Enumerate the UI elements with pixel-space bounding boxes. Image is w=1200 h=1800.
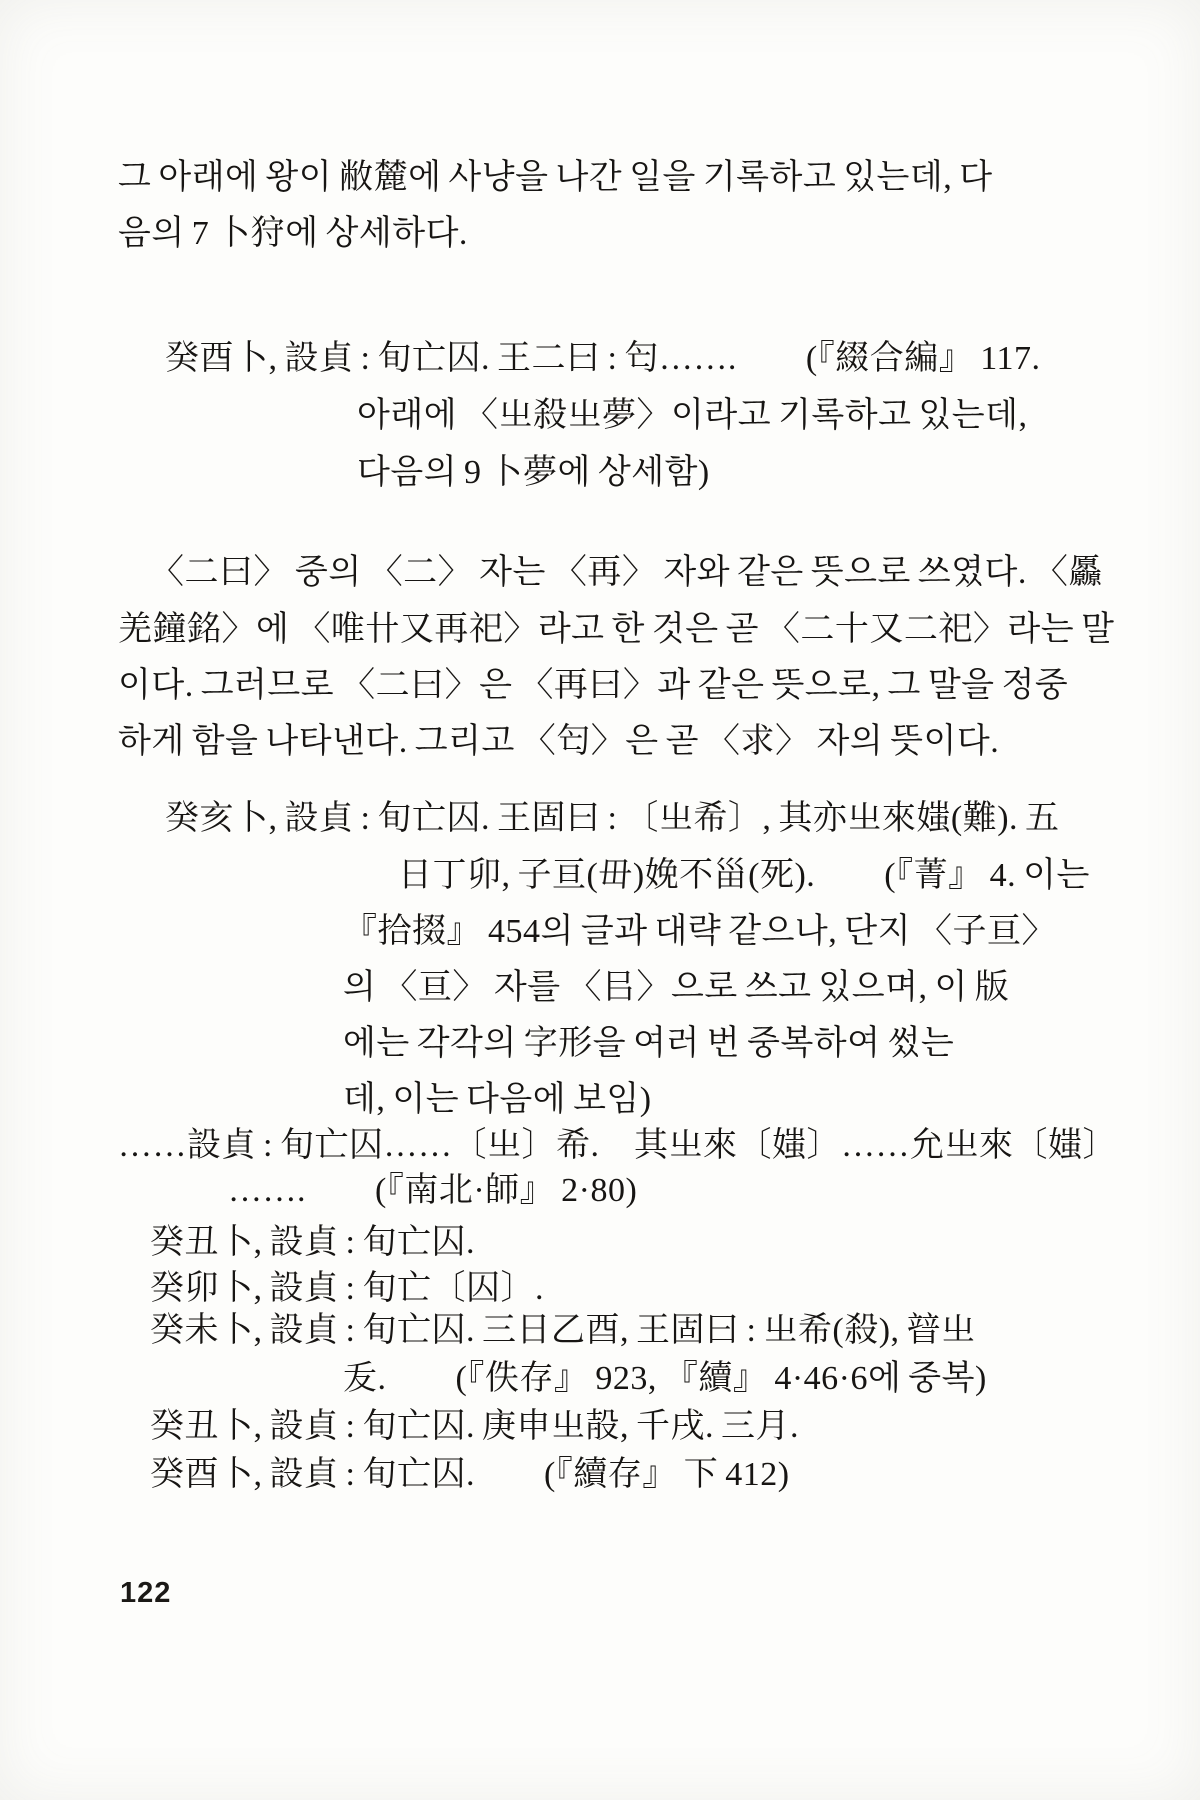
quote-gyehae-line-3: 『拾掇』 454의 글과 대략 같으나, 단지 〈子亘〉 <box>343 912 1056 953</box>
quote-gyehae-line-2: 日丁卯, 子亘(毌)娩不甾(死). (『菁』 4. 이는 <box>398 856 1090 897</box>
quote-gyehae-line-4: 의 〈亘〉 자를 〈㠯〉으로 쓰고 있으며, 이 版 <box>343 968 1009 1009</box>
intro-line-2: 음의 7 卜狩에 상세하다. <box>118 214 468 255</box>
quote-gyeyu-line-2: 아래에 〈㞢殺㞢夢〉이라고 기록하고 있는데, <box>357 396 1027 437</box>
quote-gyeyu-line-3: 다음의 9 卜夢에 상세함) <box>357 453 710 494</box>
fragment-line-5: 癸未卜, 設貞 : 旬亡囚. 三日乙酉, 王固曰 : 㞢希(殺), 暜㞢 <box>150 1311 976 1352</box>
quote-gyehae-line-6: 데, 이는 다음에 보임) <box>343 1080 652 1121</box>
fragment-line-4: 癸卯卜, 設貞 : 旬亡〔囚〕. <box>150 1269 544 1310</box>
quote-gyehae-line-5: 에는 각각의 字形을 여러 번 중복하여 썼는 <box>343 1024 954 1065</box>
fragment-line-3: 癸丑卜, 設貞 : 旬亡囚. <box>150 1223 475 1264</box>
book-page: 그 아래에 왕이 敝麓에 사냥을 나간 일을 기록하고 있는데, 다 음의 7 … <box>0 0 1200 1800</box>
fragment-line-6: 叐. (『佚存』 923, 『續』 4·46·6에 중복) <box>343 1359 987 1400</box>
fragment-line-2: ……. (『南北·師』 2·80) <box>228 1171 637 1212</box>
fragment-line-8: 癸酉卜, 設貞 : 旬亡囚. (『續存』 下 412) <box>150 1455 790 1496</box>
fragment-line-1: ……設貞 : 旬亡囚……〔㞢〕希. 其㞢來〔媸〕……允㞢來〔媸〕 <box>118 1126 1117 1167</box>
quote-gyehae-line-1: 癸亥卜, 設貞 : 旬亡囚. 王固曰 : 〔㞢希〕, 其亦㞢來媸(難). 五 <box>165 799 1060 840</box>
commentary-line-2: 羌鐘銘〉에 〈唯卄又再祀〉라고 한 것은 곧 〈二十又二祀〉라는 말 <box>118 610 1114 651</box>
commentary-line-1: 〈二曰〉 중의 〈二〉 자는 〈再〉 자와 같은 뜻으로 쓰였다. 〈厵 <box>150 553 1103 594</box>
page-number: 122 <box>120 1577 171 1610</box>
intro-line-1: 그 아래에 왕이 敝麓에 사냥을 나간 일을 기록하고 있는데, 다 <box>118 158 993 199</box>
commentary-line-4: 하게 함을 나타낸다. 그리고 〈匄〉은 곧 〈求〉 자의 뜻이다. <box>118 722 999 763</box>
quote-gyeyu-line-1: 癸酉卜, 設貞 : 旬亡囚. 王二曰 : 匄……. (『綴合編』 117. <box>165 339 1040 380</box>
fragment-line-7: 癸丑卜, 設貞 : 旬亡囚. 庚申㞢㱿, 千戌. 三月. <box>150 1407 799 1448</box>
commentary-line-3: 이다. 그러므로 〈二曰〉은 〈再曰〉과 같은 뜻으로, 그 말을 정중 <box>118 666 1068 707</box>
